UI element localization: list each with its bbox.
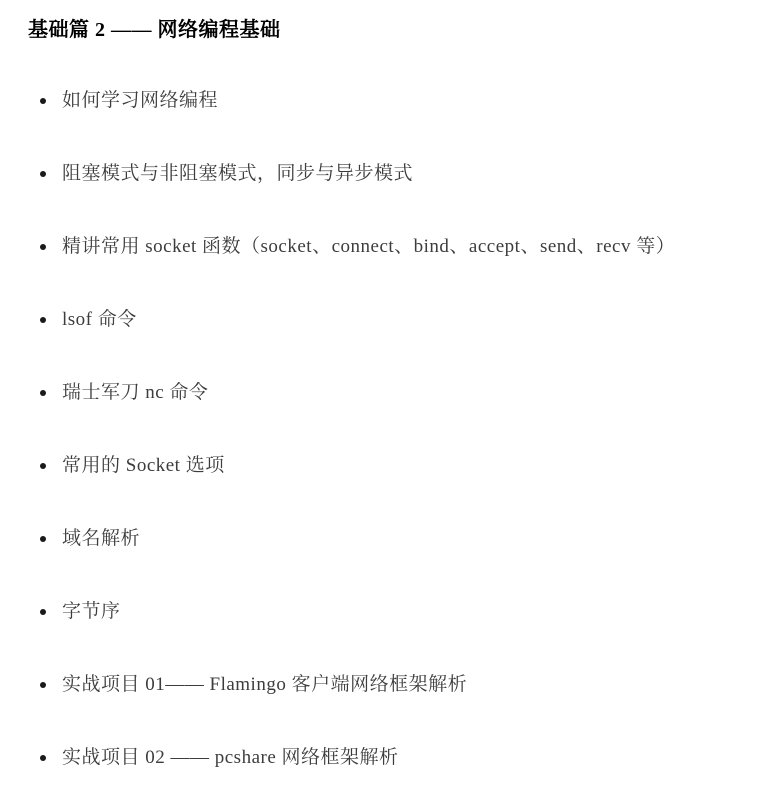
list-item-text: 常用的 Socket 选项 (62, 455, 225, 476)
topic-list: 如何学习网络编程 阻塞模式与非阻塞模式，同步与异步模式 精讲常用 socket … (0, 88, 763, 771)
bullet-icon (40, 171, 46, 177)
list-item: 精讲常用 socket 函数（socket、connect、bind、accep… (0, 234, 763, 260)
list-item: lsof 命令 (0, 307, 763, 333)
list-item-text: 如何学习网络编程 (62, 90, 218, 111)
bullet-icon (40, 609, 46, 615)
bullet-icon (40, 682, 46, 688)
list-item-text: lsof 命令 (62, 309, 137, 330)
bullet-icon (40, 317, 46, 323)
bullet-icon (40, 244, 46, 250)
bullet-icon (40, 755, 46, 761)
list-item-text: 阻塞模式与非阻塞模式，同步与异步模式 (62, 163, 413, 184)
list-item: 阻塞模式与非阻塞模式，同步与异步模式 (0, 161, 763, 187)
list-item: 如何学习网络编程 (0, 88, 763, 114)
list-item: 域名解析 (0, 526, 763, 552)
list-item-text: 域名解析 (62, 528, 140, 549)
page-title: 基础篇 2 —— 网络编程基础 (28, 18, 763, 42)
bullet-icon (40, 390, 46, 396)
list-item-text: 精讲常用 socket 函数（socket、connect、bind、accep… (62, 236, 675, 257)
list-item-text: 瑞士军刀 nc 命令 (62, 382, 208, 403)
list-item: 实战项目 01—— Flamingo 客户端网络框架解析 (0, 672, 763, 698)
list-item-text: 字节序 (62, 601, 121, 622)
list-item: 瑞士军刀 nc 命令 (0, 380, 763, 406)
list-item-text: 实战项目 01—— Flamingo 客户端网络框架解析 (62, 674, 467, 695)
list-item: 常用的 Socket 选项 (0, 453, 763, 479)
list-item: 字节序 (0, 599, 763, 625)
bullet-icon (40, 536, 46, 542)
document-page: 基础篇 2 —— 网络编程基础 如何学习网络编程 阻塞模式与非阻塞模式，同步与异… (0, 0, 763, 792)
bullet-icon (40, 463, 46, 469)
list-item: 实战项目 02 —— pcshare 网络框架解析 (0, 745, 763, 771)
list-item-text: 实战项目 02 —— pcshare 网络框架解析 (62, 747, 399, 768)
bullet-icon (40, 98, 46, 104)
